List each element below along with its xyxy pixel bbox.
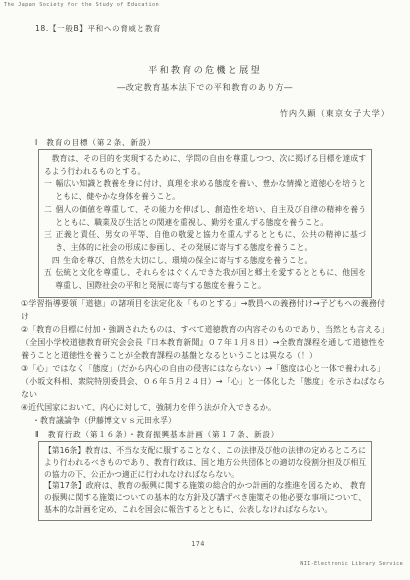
goal-item-number: 一 [44, 178, 55, 191]
note-2: ②「教育の目標に付加・強調されたものは、すべて道徳教育の内容そのものであり、当然… [21, 323, 385, 362]
paper-title: 平和教育の危機と展望 [0, 62, 410, 76]
goal-item-text: 生命を尊び、自然を大切にし、環境の保全に寄与する態度を養うこと。 [63, 256, 312, 265]
title-block: 平和教育の危機と展望 ―改定教育基本法下での平和教育のあり方― [0, 62, 410, 93]
goal-item-text: 伝統と文化を尊重し、それらをはぐくんできた我が国と郷土を愛するとともに、他国を尊… [55, 268, 366, 290]
goal-item-1: 一幅広い知識と教養を身に付け、真理を求める態度を養い、豊かな情操と道徳心を培うと… [44, 178, 366, 203]
article-2-box: 教育は、その目的を実現するために、学問の自由を尊重しつつ、次に掲げる目標を達成す… [38, 149, 372, 298]
goal-item-number: 五 [44, 267, 55, 280]
page-number: 174 [0, 540, 396, 548]
note-3: ③「心」ではなく「態度」（だから内心の自由の侵害にはならない）→「態度は心と一体… [21, 362, 385, 401]
scanned-paper-page: The Japan Society for the Study of Educa… [0, 0, 410, 580]
commentary-notes: ①学習指導要領「道徳」の諸項目を法定化＆「ものとする」→教員への義務付け→子ども… [21, 297, 385, 427]
author-name: 竹内久顕（東京女子大学） [280, 108, 390, 119]
goal-item-3: 三正義と責任、男女の平等、自他の敬愛と協力を重んずるとともに、公共の精神に基づき… [44, 229, 366, 254]
goal-item-number: 四 [52, 255, 63, 268]
goal-item-5: 五伝統と文化を尊重し、それらをはぐくんできた我が国と郷土を愛するとともに、他国を… [44, 267, 366, 292]
goal-item-text: 個人の価値を尊重して、その能力を伸ばし、創造性を培い、自主及び自律の精神を養うと… [55, 205, 366, 227]
section-2-heading: Ⅱ 教育行政（第１６条）・教育振興基本計画（第１７条、新設） [35, 429, 279, 440]
note-4: ④近代国家において、内心に対して、強制力を伴う法が介入できるか。 [21, 401, 385, 414]
article-2-intro: 教育は、その目的を実現するために、学問の自由を尊重しつつ、次に掲げる目標を達成す… [44, 153, 366, 178]
nii-footer-label: NII-Electronic Library Service [300, 561, 403, 567]
article-16-paragraph: 【第16条】教育は、不当な支配に服することなく、この法律及び他の法律の定めるとこ… [44, 445, 366, 480]
goal-item-text: 正義と責任、男女の平等、自他の敬愛と協力を重んずるとともに、公共の精神に基づき、… [55, 230, 366, 252]
article-16-17-box: 【第16条】教育は、不当な支配に服することなく、この法律及び他の法律の定めるとこ… [38, 441, 372, 521]
sub-note-debate: ・教育議論争（伊藤博文ｖｓ元田永孚） [32, 414, 385, 427]
session-heading: 18.【一般B】平和への脅威と教育 [35, 23, 161, 34]
goal-item-2: 二個人の価値を尊重して、その能力を伸ばし、創造性を培い、自主及び自律の精神を養う… [44, 204, 366, 229]
paper-subtitle: ―改定教育基本法下での平和教育のあり方― [0, 82, 410, 93]
goal-item-number: 三 [44, 229, 55, 242]
goal-item-text: 幅広い知識と教養を身に付け、真理を求める態度を養い、豊かな情操と道徳心を培うとと… [55, 179, 366, 201]
article-17-paragraph: 【第17条】政府は、教育の振興に関する施策の総合的かつ計画的な推進を図るため、 … [44, 480, 366, 515]
library-header-label: The Japan Society for the Study of Educa… [4, 2, 159, 8]
section-1-heading: Ⅰ 教育の目標（第２条、新設） [35, 137, 156, 148]
goal-item-number: 二 [44, 204, 55, 217]
note-1: ①学習指導要領「道徳」の諸項目を法定化＆「ものとする」→教員への義務付け→子ども… [21, 297, 385, 323]
goal-item-4: 四生命を尊び、自然を大切にし、環境の保全に寄与する態度を養うこと。 [44, 255, 366, 268]
